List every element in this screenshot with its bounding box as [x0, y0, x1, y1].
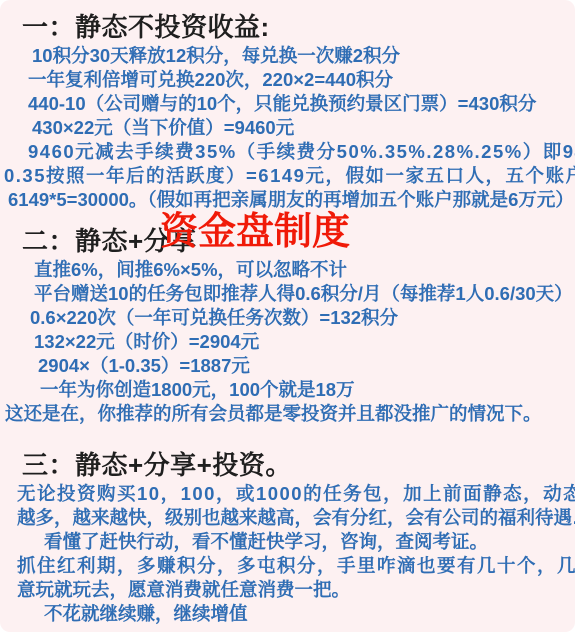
section-2-heading: 二：静态+分享: [22, 224, 575, 258]
section-3-heading: 三：静态+分享+投资。: [22, 448, 575, 482]
section-1-heading: 一：静态不投资收益:: [22, 10, 575, 44]
text-line: 132×22元（时价）=2904元: [34, 330, 575, 354]
text-line: 越多，越来越快，级别也越来越高，会有分红，会有公司的福利待遇……: [17, 506, 575, 530]
text-line: 一年为你创造1800元，100个就是18万: [40, 378, 575, 402]
text-line: 10积分30天释放12积分，每兑换一次赚2积分: [32, 44, 575, 68]
text-line: 不花就继续赚，继续增值: [44, 602, 575, 626]
text-line: 0.6×220次（一年可兑换任务次数）=132积分: [30, 306, 575, 330]
text-line: 430×22元（当下价值）=9460元: [32, 116, 575, 140]
document-panel: 一：静态不投资收益: 10积分30天释放12积分，每兑换一次赚2积分 一年复利倍…: [0, 0, 575, 632]
text-line: 一年复利倍增可兑换220次，220×2=440积分: [28, 68, 575, 92]
text-line: 440-10（公司赠与的10个，只能兑换预约景区门票）=430积分: [28, 92, 575, 116]
text-line: 这还是在，你推荐的所有会员都是零投资并且都没推广的情况下。: [5, 402, 575, 426]
text-line: 0.35按照一年后的活跃度）=6149元，假如一家五口人，五个账户即: [4, 164, 575, 188]
text-line: 意玩就玩去，愿意消费就任意消费一把。: [17, 578, 575, 602]
text-line: 平台赠送10的任务包即推荐人得0.6积分/月（每推荐1人0.6/30天）: [34, 282, 575, 306]
text-line: 直推6%，间推6%×5%，可以忽略不计: [34, 258, 575, 282]
text-line: 2904×（1-0.35）=1887元: [38, 354, 575, 378]
text-line: 6149*5=30000。（假如再把亲属朋友的再增加五个账户那就是6万元）: [8, 188, 575, 212]
text-line: 看懂了赶快行动，看不懂赶快学习，咨询，查阅考证。: [44, 530, 575, 554]
text-line: 抓住红利期，多赚积分，多屯积分，手里咋滴也要有几十个，几百个积分吧？!愿: [17, 554, 575, 578]
text-line: 无论投资购买10，100，或1000的任务包，加上前面静态，动态，你的收益越来: [17, 482, 575, 506]
text-line: 9460元减去手续费35%（手续费分50%.35%.28%.25%）即9460×…: [28, 140, 575, 164]
